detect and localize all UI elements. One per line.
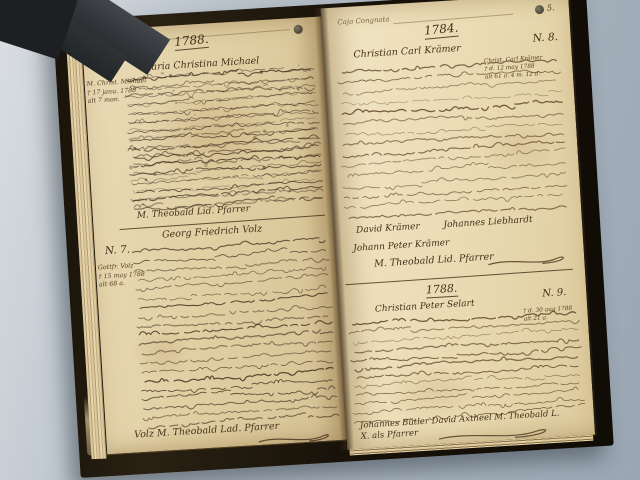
photo-of-open-register-book: Pag: gantzen 1788. N. 6. Maria Christina…	[0, 0, 640, 480]
entry9-handwriting-block	[346, 305, 586, 425]
entry9-year-heading: 1788.	[426, 283, 458, 296]
page-number: 5.	[547, 4, 555, 13]
entry-divider-rule	[345, 269, 573, 286]
entry8-margin-note: Christ. Carl Krämer † d. 12 may 1788 alt…	[484, 55, 544, 82]
entry9-margin-note: † d. 30 aug 1788 alt 21 a.	[523, 306, 573, 325]
right-year-heading: 1784.	[423, 22, 458, 38]
entry9-number: N. 9.	[542, 288, 567, 300]
embossed-seal-icon	[535, 5, 545, 15]
entry7-number: N. 7.	[105, 245, 131, 258]
left-page: Pag: gantzen 1788. N. 6. Maria Christina…	[81, 16, 346, 455]
signature-flourish	[486, 252, 573, 269]
entry8-signature: M. Theobald Lid. Pfarrer	[374, 252, 494, 269]
entry6-handwriting-block	[122, 63, 324, 213]
entry8-number: N. 8.	[532, 32, 558, 45]
left-year-heading: 1788.	[174, 33, 209, 49]
right-page: Caja Congnata 5. 1784. Christian Carl Kr…	[321, 0, 598, 451]
right-page-header-note: Caja Congnata	[337, 16, 390, 27]
entry7-title: Georg Friedrich Volz	[162, 224, 263, 240]
entry7-handwriting-block	[131, 234, 340, 430]
entry8-witnesses-line2: Johann Peter Krämer	[353, 239, 450, 254]
embossed-seal-icon	[293, 25, 303, 35]
